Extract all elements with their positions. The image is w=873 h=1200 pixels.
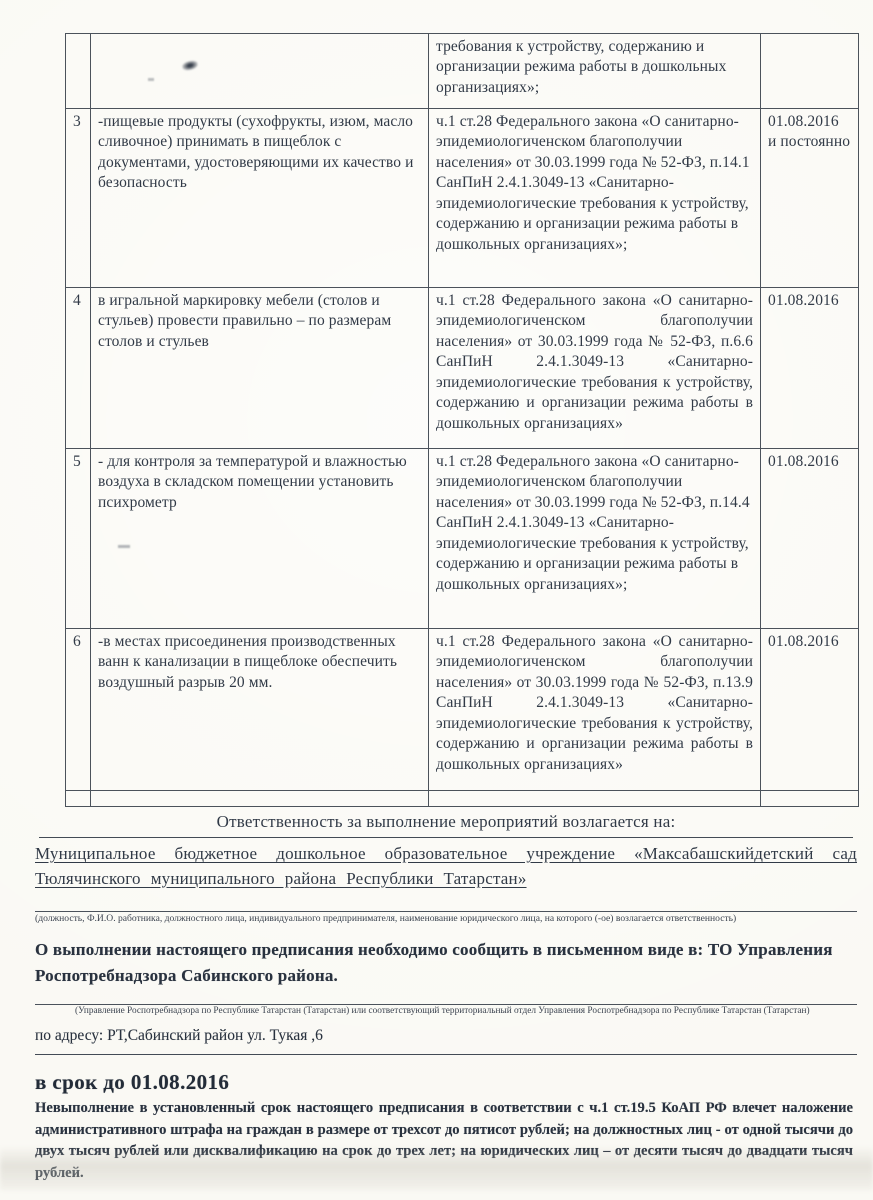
footer-section: Ответственность за выполнение мероприяти…	[35, 806, 857, 1185]
table-row-6: 6 -в местах присоединения производственн…	[66, 629, 859, 791]
report-address: по адресу: РТ,Сабинский район ул. Тукая …	[35, 1027, 857, 1055]
responsible-organization-text: Муниципальное бюджетное дошкольное образ…	[35, 844, 857, 888]
measure-cell: -пищевые продукты (сухофрукты, изюм, мас…	[91, 109, 429, 288]
basis-cell: ч.1 ст.28 Федерального закона «О санитар…	[429, 288, 761, 449]
table-row-continuation: требования к устройству, содержанию и ор…	[66, 34, 859, 109]
row-number-cell: 3	[66, 109, 91, 288]
row-number-cell	[66, 34, 91, 109]
responsible-organization: Муниципальное бюджетное дошкольное образ…	[35, 842, 857, 891]
row-number-cell: 4	[66, 288, 91, 449]
basis-cell	[429, 791, 761, 807]
term-cell	[761, 791, 859, 807]
term-cell: 01.08.2016	[761, 288, 859, 449]
scan-shadow-artifact	[0, 1146, 873, 1190]
table-row-5: 5 - для контроля за температурой и влажн…	[66, 449, 859, 629]
basis-cell: ч.1 ст.28 Федерального закона «О санитар…	[429, 109, 761, 288]
measure-cell	[91, 791, 429, 807]
deadline-line: в срок до 01.08.2016	[35, 1070, 857, 1095]
measure-cell: - для контроля за температурой и влажнос…	[91, 449, 429, 629]
row-number-cell: 5	[66, 449, 91, 629]
table-row-4: 4 в игральной маркировку мебели (столов …	[66, 288, 859, 449]
table-row-empty	[66, 791, 859, 807]
term-cell: 01.08.2016	[761, 629, 859, 791]
table-row-3: 3 -пищевые продукты (сухофрукты, изюм, м…	[66, 109, 859, 288]
basis-cell: ч.1 ст.28 Федерального закона «О санитар…	[429, 629, 761, 791]
basis-cell: требования к устройству, содержанию и ор…	[429, 34, 761, 109]
scanned-document-page: требования к устройству, содержанию и ор…	[0, 0, 873, 1200]
row-number-cell	[66, 791, 91, 807]
measure-cell: в игральной маркировку мебели (столов и …	[91, 288, 429, 449]
rospotrebnadzor-footnote: (Управление Роспотребнадзора по Республи…	[35, 1004, 857, 1016]
responsibility-heading: Ответственность за выполнение мероприяти…	[39, 806, 853, 838]
term-cell	[761, 34, 859, 109]
report-instruction: О выполнении настоящего предписания необ…	[35, 937, 857, 988]
responsibility-footnote: (должность, Ф.И.О. работника, должностно…	[35, 911, 857, 924]
basis-cell: ч.1 ст.28 Федерального закона «О санитар…	[429, 449, 761, 629]
row-number-cell: 6	[66, 629, 91, 791]
term-cell: 01.08.2016	[761, 449, 859, 629]
measure-cell: -в местах присоединения производственных…	[91, 629, 429, 791]
term-cell: 01.08.2016 и постоянно	[761, 109, 859, 288]
prescription-table: требования к устройству, содержанию и ор…	[65, 33, 859, 807]
measure-cell	[91, 34, 429, 109]
